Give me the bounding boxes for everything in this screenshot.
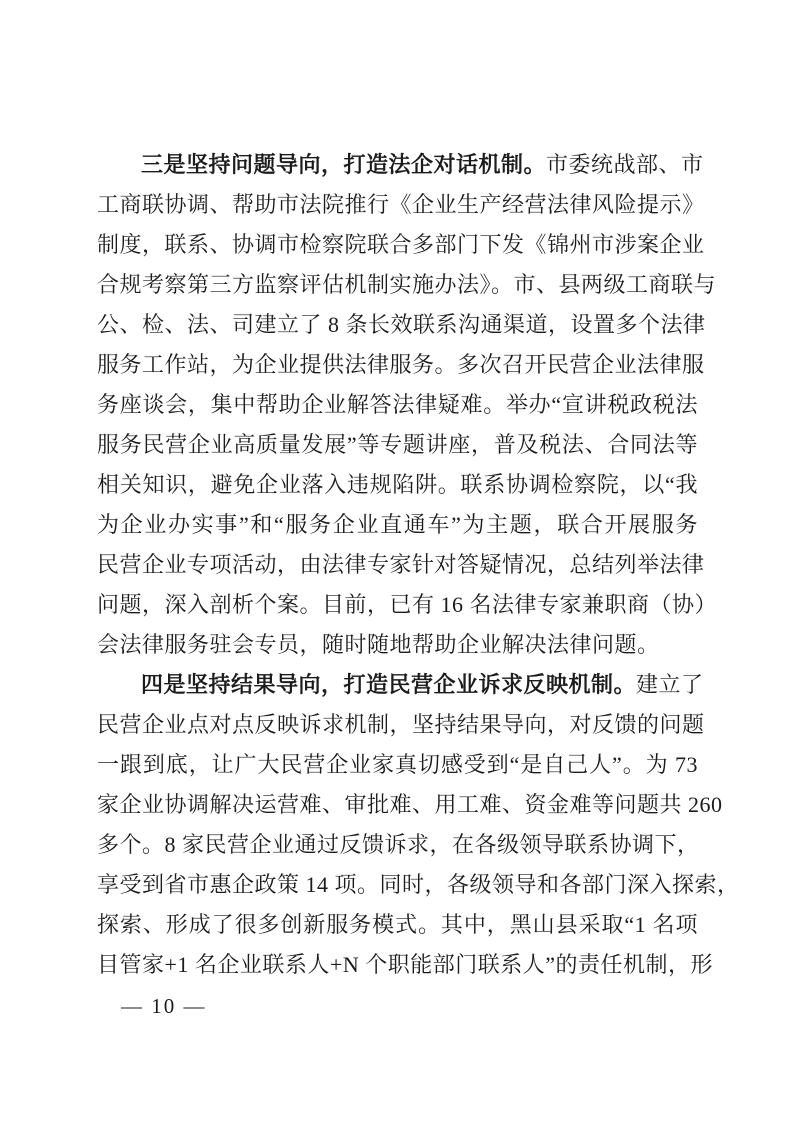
text-segment: 一跟到底，让广大民营企业家真切感受到“是自己人”。为 73 <box>97 752 698 777</box>
text-line: 服务工作站，为企业提供法律服务。多次召开民营企业法律服 <box>97 345 698 385</box>
paragraph-four: 四是坚持结果导向，打造民营企业诉求反映机制。建立了民营企业点对点反映诉求机制，坚… <box>97 665 698 985</box>
text-line: 服务民营企业高质量发展”等专题讲座，普及税法、合同法等 <box>97 425 698 465</box>
text-segment: 制度，联系、协调市检察院联合多部门下发《锦州市涉案企业 <box>97 232 705 257</box>
paragraph-lead: 三是坚持问题导向，打造法企对话机制。 <box>141 152 546 177</box>
paragraph-lead: 四是坚持结果导向，打造民营企业诉求反映机制。 <box>141 672 636 697</box>
text-segment: 探索、形成了很多创新服务模式。其中，黑山县采取“1 名项 <box>97 912 698 937</box>
text-line: 合规考察第三方监察评估机制实施办法》。市、县两级工商联与 <box>97 265 698 305</box>
text-line: 会法律服务驻会专员，随时随地帮助企业解决法律问题。 <box>97 625 698 665</box>
text-line: 一跟到底，让广大民营企业家真切感受到“是自己人”。为 73 <box>97 745 698 785</box>
text-segment: 为企业办实事”和“服务企业直通车”为主题，联合开展服务 <box>97 512 698 537</box>
text-line: 民营企业专项活动，由法律专家针对答疑情况，总结列举法律 <box>97 545 698 585</box>
text-line: 为企业办实事”和“服务企业直通车”为主题，联合开展服务 <box>97 505 698 545</box>
text-segment: 民营企业专项活动，由法律专家针对答疑情况，总结列举法律 <box>97 552 705 577</box>
text-segment: 公、检、法、司建立了 8 条长效联系沟通渠道，设置多个法律 <box>97 312 706 337</box>
text-segment: 服务工作站，为企业提供法律服务。多次召开民营企业法律服 <box>97 352 705 377</box>
paragraph-three: 三是坚持问题导向，打造法企对话机制。市委统战部、市工商联协调、帮助市法院推行《企… <box>97 145 698 665</box>
text-line: 民营企业点对点反映诉求机制，坚持结果导向，对反馈的问题 <box>97 705 698 745</box>
text-line: 四是坚持结果导向，打造民营企业诉求反映机制。建立了 <box>97 665 698 705</box>
text-segment: 相关知识，避免企业落入违规陷阱。联系协调检察院，以“我 <box>97 472 698 497</box>
document-page: 三是坚持问题导向，打造法企对话机制。市委统战部、市工商联协调、帮助市法院推行《企… <box>0 0 794 1123</box>
text-line: 务座谈会，集中帮助企业解答法律疑难。举办“宣讲税政税法 <box>97 385 698 425</box>
text-segment: 家企业协调解决运营难、审批难、用工难、资金难等问题共 260 <box>97 792 723 817</box>
text-segment: 多个。8 家民营企业通过反馈诉求，在各级领导联系协调下， <box>97 832 700 857</box>
text-segment: 服务民营企业高质量发展”等专题讲座，普及税法、合同法等 <box>97 432 698 457</box>
text-line: 相关知识，避免企业落入违规陷阱。联系协调检察院，以“我 <box>97 465 698 505</box>
text-segment: 工商联协调、帮助市法院推行《企业生产经营法律风险提示》 <box>97 192 705 217</box>
text-line: 目管家+1 名企业联系人+N 个职能部门联系人”的责任机制，形 <box>97 945 698 985</box>
text-segment: 建立了 <box>636 672 704 697</box>
page-number: — 10 — <box>121 993 207 1019</box>
document-body: 三是坚持问题导向，打造法企对话机制。市委统战部、市工商联协调、帮助市法院推行《企… <box>97 145 698 985</box>
text-segment: 市委统战部、市 <box>546 152 704 177</box>
text-line: 享受到省市惠企政策 14 项。同时，各级领导和各部门深入探索， <box>97 865 698 905</box>
text-line: 探索、形成了很多创新服务模式。其中，黑山县采取“1 名项 <box>97 905 698 945</box>
text-line: 制度，联系、协调市检察院联合多部门下发《锦州市涉案企业 <box>97 225 698 265</box>
text-segment: 务座谈会，集中帮助企业解答法律疑难。举办“宣讲税政税法 <box>97 392 698 417</box>
text-segment: 享受到省市惠企政策 14 项。同时，各级领导和各部门深入探索， <box>97 872 740 897</box>
text-line: 多个。8 家民营企业通过反馈诉求，在各级领导联系协调下， <box>97 825 698 865</box>
text-line: 问题，深入剖析个案。目前，已有 16 名法律专家兼职商（协） <box>97 585 698 625</box>
text-segment: 民营企业点对点反映诉求机制，坚持结果导向，对反馈的问题 <box>97 712 705 737</box>
text-segment: 合规考察第三方监察评估机制实施办法》。市、县两级工商联与 <box>97 272 716 297</box>
text-segment: 问题，深入剖析个案。目前，已有 16 名法律专家兼职商（协） <box>97 592 717 617</box>
text-line: 工商联协调、帮助市法院推行《企业生产经营法律风险提示》 <box>97 185 698 225</box>
text-line: 三是坚持问题导向，打造法企对话机制。市委统战部、市 <box>97 145 698 185</box>
text-line: 公、检、法、司建立了 8 条长效联系沟通渠道，设置多个法律 <box>97 305 698 345</box>
text-segment: 目管家+1 名企业联系人+N 个职能部门联系人”的责任机制，形 <box>97 952 713 977</box>
text-line: 家企业协调解决运营难、审批难、用工难、资金难等问题共 260 <box>97 785 698 825</box>
text-segment: 会法律服务驻会专员，随时随地帮助企业解决法律问题。 <box>97 632 660 657</box>
